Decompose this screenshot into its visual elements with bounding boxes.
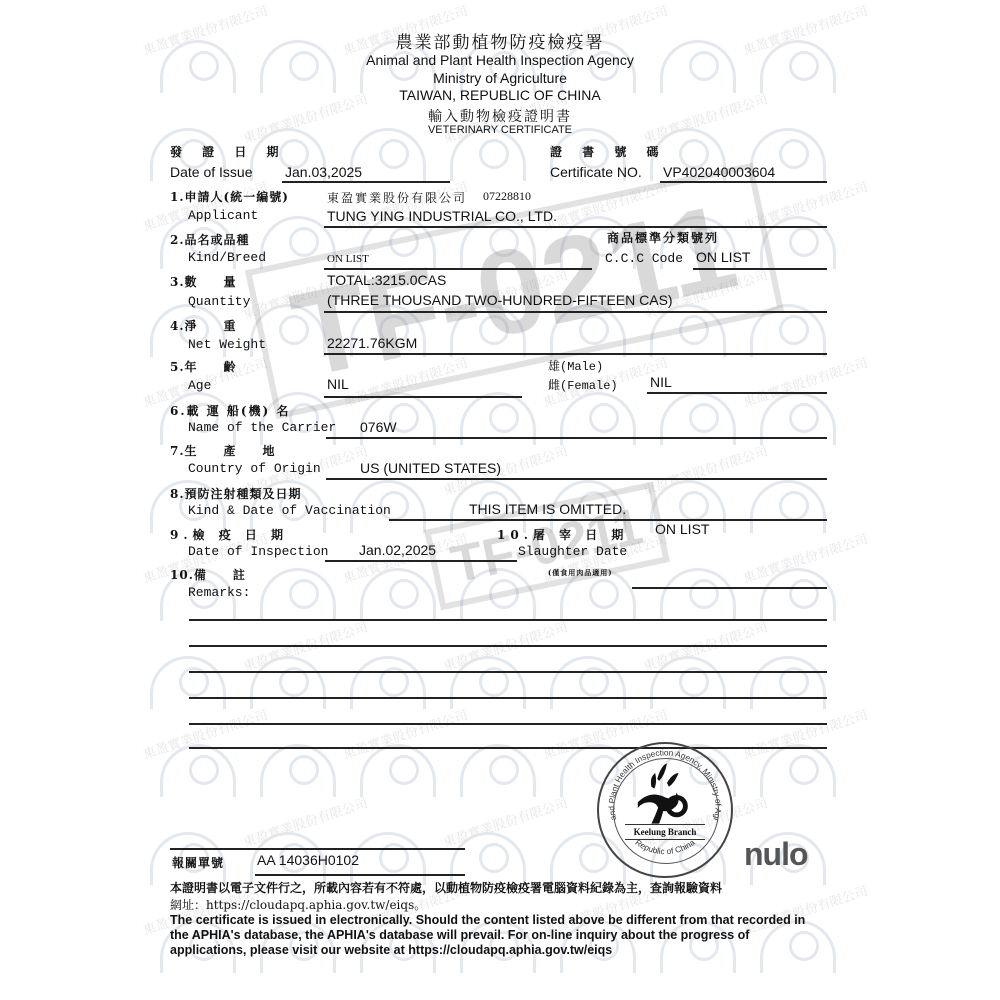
- notice-en-line1: The certificate is issued in electronica…: [170, 913, 805, 929]
- watermark-text: 東盈實業股份有限公司: [140, 176, 270, 234]
- remarks-line: [189, 747, 827, 749]
- watermark-swirl-icon: [750, 656, 826, 709]
- watermark-text: 東盈實業股份有限公司: [740, 704, 870, 762]
- female-label: 雌(Female): [548, 376, 618, 393]
- remarks-line: [189, 619, 827, 621]
- quantity-value-numeric: TOTAL:3215.0CAS: [327, 272, 446, 288]
- quantity-value-words: (THREE THOUSAND TWO-HUNDRED-FIFTEEN CAS): [327, 292, 673, 308]
- certificate-no-underline: [660, 181, 827, 183]
- watermark-swirl-icon: [650, 656, 726, 709]
- watermark-swirl-icon: [360, 744, 436, 797]
- ccc-code-label-en: C.C.C Code: [605, 251, 683, 266]
- carrier-label-en: Name of the Carrier: [188, 420, 336, 435]
- age-underline: [324, 396, 522, 398]
- watermark-text: 東盈實業股份有限公司: [740, 880, 870, 938]
- male-label: 雄(Male): [548, 357, 603, 374]
- quantity-label-en: Quantity: [188, 294, 250, 309]
- watermark-swirl-icon: [750, 480, 826, 533]
- remarks-line: [189, 697, 827, 699]
- quantity-underline: [324, 311, 827, 313]
- watermark-text: 東盈實業股份有限公司: [640, 440, 770, 498]
- vaccination-label-zh: 8.預防注射種類及日期: [170, 485, 302, 502]
- inspection-date-underline: [325, 560, 517, 562]
- ccc-code-value: ON LIST: [696, 249, 750, 265]
- age-label-en: Age: [188, 378, 211, 393]
- quantity-label-zh: 3.數 量: [170, 273, 237, 290]
- issue-date-label-en: Date of Issue: [170, 164, 253, 180]
- watermark-swirl-icon: [160, 744, 236, 797]
- customs-top-line: [170, 848, 465, 850]
- net-weight-underline: [324, 353, 827, 355]
- watermark-swirl-icon: [450, 656, 526, 709]
- customs-underline: [255, 874, 465, 876]
- watermark-swirl-icon: [350, 656, 426, 709]
- slaughter-date-value: ON LIST: [655, 521, 709, 537]
- watermark-swirl-icon: [150, 656, 226, 709]
- net-weight-value: 22271.76KGM: [327, 335, 417, 351]
- age-value: NIL: [327, 376, 349, 392]
- issue-date-value: Jan.03,2025: [285, 164, 362, 180]
- remarks-line: [189, 671, 827, 673]
- origin-label-en: Country of Origin: [188, 461, 321, 476]
- ccc-code-underline: [693, 268, 827, 270]
- net-weight-label-en: Net Weight: [188, 337, 266, 352]
- watermark-text: 東盈實業股份有限公司: [340, 704, 470, 762]
- remarks-label-zh: 10.備 註: [170, 566, 246, 583]
- watermark-swirl-icon: [350, 832, 426, 885]
- nulo-logo: nulo: [744, 836, 808, 873]
- remarks-line: [189, 723, 827, 725]
- watermark-text: 東盈實業股份有限公司: [240, 792, 370, 850]
- carrier-underline: [326, 437, 827, 439]
- watermark-swirl-icon: [460, 744, 536, 797]
- kind-underline: [324, 268, 592, 270]
- slaughter-date-underline: [632, 587, 827, 589]
- watermark-text: 東盈實業股份有限公司: [440, 792, 570, 850]
- slaughter-date-note: (僅食用肉品適用): [548, 568, 613, 578]
- applicant-name-zh: 東盈實業股份有限公司: [327, 189, 467, 206]
- applicant-label-en: Applicant: [188, 208, 258, 223]
- origin-label-zh: 7.生 產 地: [170, 442, 276, 459]
- notice-zh-line2: 網址：https://cloudapq.aphia.gov.tw/eiqs。: [170, 896, 426, 913]
- agency-name-zh: 農業部動植物防疫檢疫署: [0, 28, 1000, 53]
- issue-date-underline: [282, 181, 450, 183]
- notice-en-line2: the APHIA's database, the APHIA's databa…: [170, 928, 749, 944]
- ccc-code-label-zh: 商品標準分類號列: [607, 229, 719, 246]
- origin-underline: [326, 478, 827, 480]
- kind-label-en: Kind/Breed: [188, 250, 266, 265]
- carrier-label-zh: 6.載 運 船(機) 名: [170, 402, 290, 419]
- watermark-swirl-icon: [260, 216, 336, 269]
- applicant-tax-id: 07228810: [483, 189, 531, 204]
- customs-no-label: 報關單號: [172, 854, 224, 871]
- net-weight-label-zh: 4.淨 重: [170, 317, 237, 334]
- watermark-text: 東盈實業股份有限公司: [340, 352, 470, 410]
- applicant-label-zh: 1.申請人(統一編號): [170, 188, 289, 205]
- vaccination-underline: [389, 519, 827, 521]
- watermark-swirl-icon: [660, 568, 736, 621]
- watermark-text: 東盈實業股份有限公司: [740, 352, 870, 410]
- keelung-branch-seal: Animal and Plant Health Inspection Agenc…: [597, 742, 733, 878]
- kind-value: ON LIST: [327, 253, 369, 265]
- carrier-value: 076W: [360, 419, 397, 435]
- age-label-zh: 5.年 齡: [170, 358, 237, 375]
- watermark-swirl-icon: [360, 568, 436, 621]
- document-title-en: VETERINARY CERTIFICATE: [0, 124, 1000, 136]
- watermark-text: 東盈實業股份有限公司: [140, 704, 270, 762]
- issue-date-label-zh: 發 證 日 期: [170, 143, 287, 160]
- watermark-text: 東盈實業股份有限公司: [740, 528, 870, 586]
- watermark-swirl-icon: [250, 656, 326, 709]
- slaughter-date-label-en: Slaughter Date: [518, 544, 627, 559]
- document-title-zh: 輸入動物檢疫證明書: [0, 106, 1000, 126]
- inspection-date-value: Jan.02,2025: [359, 542, 436, 558]
- applicant-name-en: TUNG YING INDUSTRIAL CO., LTD.: [327, 208, 557, 224]
- notice-en-line3: applications, please visit our website a…: [170, 943, 612, 959]
- watermark-swirl-icon: [260, 568, 336, 621]
- watermark-swirl-icon: [460, 568, 536, 621]
- watermark-swirl-icon: [260, 744, 336, 797]
- sex-underline: [647, 392, 827, 394]
- applicant-underline: [324, 226, 827, 228]
- agency-name-en: Animal and Plant Health Inspection Agenc…: [0, 52, 1000, 68]
- country-name: TAIWAN, REPUBLIC OF CHINA: [0, 87, 1000, 103]
- certificate-no-label-zh: 證 書 號 碼: [550, 143, 667, 160]
- watermark-swirl-icon: [760, 568, 836, 621]
- vaccination-label-en: Kind & Date of Vaccination: [188, 503, 391, 518]
- vaccination-value: THIS ITEM IS OMITTED.: [469, 501, 626, 517]
- inspection-date-label-en: Date of Inspection: [188, 544, 328, 559]
- certificate-no-value: VP402040003604: [663, 164, 775, 180]
- certificate-no-label-en: Certificate NO.: [550, 164, 642, 180]
- watermark-swirl-icon: [760, 744, 836, 797]
- kind-label-zh: 2.品名或品種: [170, 231, 250, 248]
- company-watermark-pattern: 東盈實業股份有限公司東盈實業股份有限公司東盈實業股份有限公司東盈實業股份有限公司…: [0, 0, 1000, 1000]
- seal-branch-name: Keelung Branch: [625, 824, 705, 840]
- watermark-swirl-icon: [450, 832, 526, 885]
- notice-zh-line1: 本證明書以電子文件行之，所載內容若有不符處，以動植物防疫檢疫署電腦資料紀錄為主，…: [170, 879, 722, 896]
- watermark-swirl-icon: [760, 216, 836, 269]
- sex-value: NIL: [650, 374, 672, 390]
- origin-value: US (UNITED STATES): [360, 460, 501, 476]
- inspection-date-label-zh: 9.檢 疫 日 期: [170, 526, 288, 543]
- remarks-line: [189, 645, 827, 647]
- customs-no-value: AA 14036H0102: [257, 852, 359, 868]
- watermark-swirl-icon: [550, 656, 626, 709]
- ministry-name: Ministry of Agriculture: [0, 70, 1000, 86]
- slaughter-date-label-zh: 10.屠 宰 日 期: [497, 526, 628, 543]
- remarks-label-en: Remarks:: [188, 585, 250, 600]
